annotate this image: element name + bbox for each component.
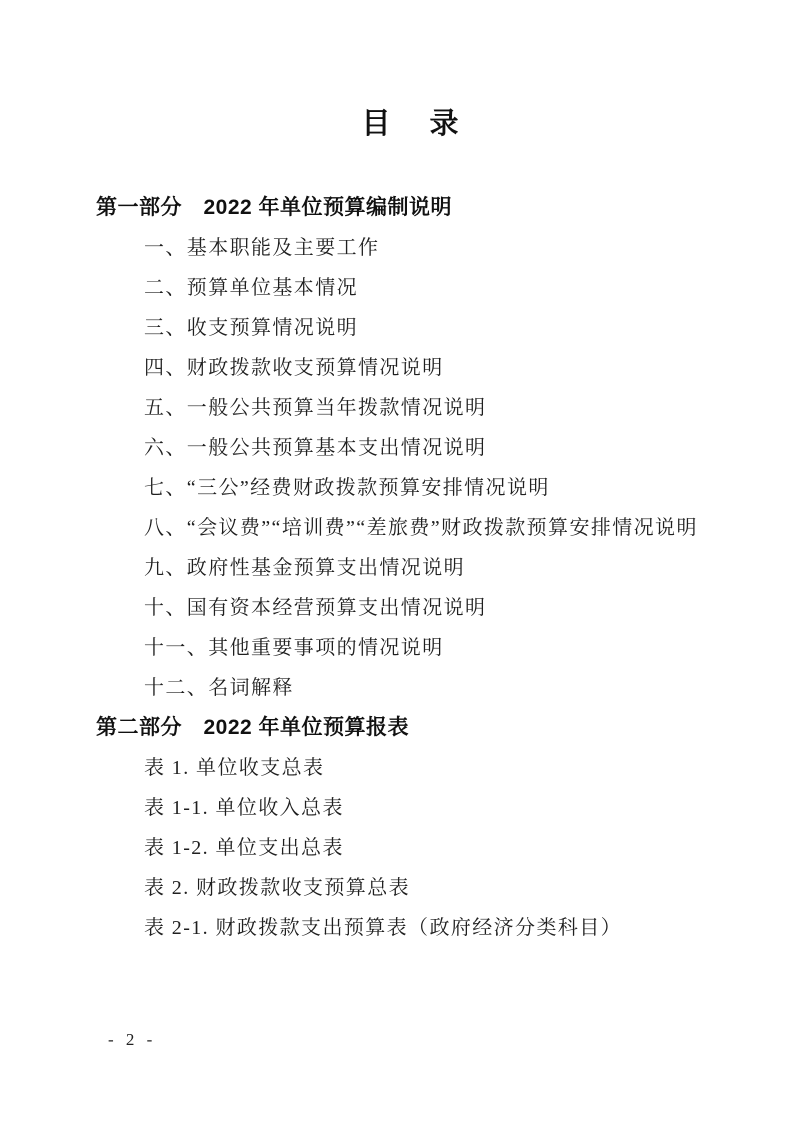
toc-item: 十、国有资本经营预算支出情况说明 [144, 588, 709, 628]
page-number: - 2 - [108, 1030, 156, 1050]
part-2-heading: 第二部分 2022 年单位预算报表 [96, 708, 729, 748]
toc-item: 六、一般公共预算基本支出情况说明 [144, 428, 709, 468]
toc-item: 表 2-1. 财政拨款支出预算表（政府经济分类科目） [144, 908, 709, 948]
toc-page: 目 录 第一部分 2022 年单位预算编制说明 一、基本职能及主要工作 二、预算… [0, 0, 793, 1122]
toc-item: 表 1-2. 单位支出总表 [144, 828, 709, 868]
toc-item: 一、基本职能及主要工作 [144, 228, 709, 268]
toc-item: 表 2. 财政拨款收支预算总表 [144, 868, 709, 908]
toc-item: 五、一般公共预算当年拨款情况说明 [144, 388, 709, 428]
part-1-heading: 第一部分 2022 年单位预算编制说明 [96, 188, 729, 228]
toc-item: 表 1. 单位收支总表 [144, 748, 709, 788]
part-1-item-list: 一、基本职能及主要工作 二、预算单位基本情况 三、收支预算情况说明 四、财政拨款… [144, 228, 709, 708]
toc-item: 四、财政拨款收支预算情况说明 [144, 348, 709, 388]
toc-item: 三、收支预算情况说明 [144, 308, 709, 348]
toc-item: 九、政府性基金预算支出情况说明 [144, 548, 709, 588]
toc-item: 七、“三公”经费财政拨款预算安排情况说明 [144, 468, 709, 508]
toc-item: 八、“会议费”“培训费”“差旅费”财政拨款预算安排情况说明 [144, 508, 709, 548]
part-2-item-list: 表 1. 单位收支总表 表 1-1. 单位收入总表 表 1-2. 单位支出总表 … [144, 748, 709, 948]
toc-item: 十一、其他重要事项的情况说明 [144, 628, 709, 668]
page-title: 目 录 [96, 104, 729, 144]
toc-item: 十二、名词解释 [144, 668, 709, 708]
toc-item: 二、预算单位基本情况 [144, 268, 709, 308]
toc-item: 表 1-1. 单位收入总表 [144, 788, 709, 828]
